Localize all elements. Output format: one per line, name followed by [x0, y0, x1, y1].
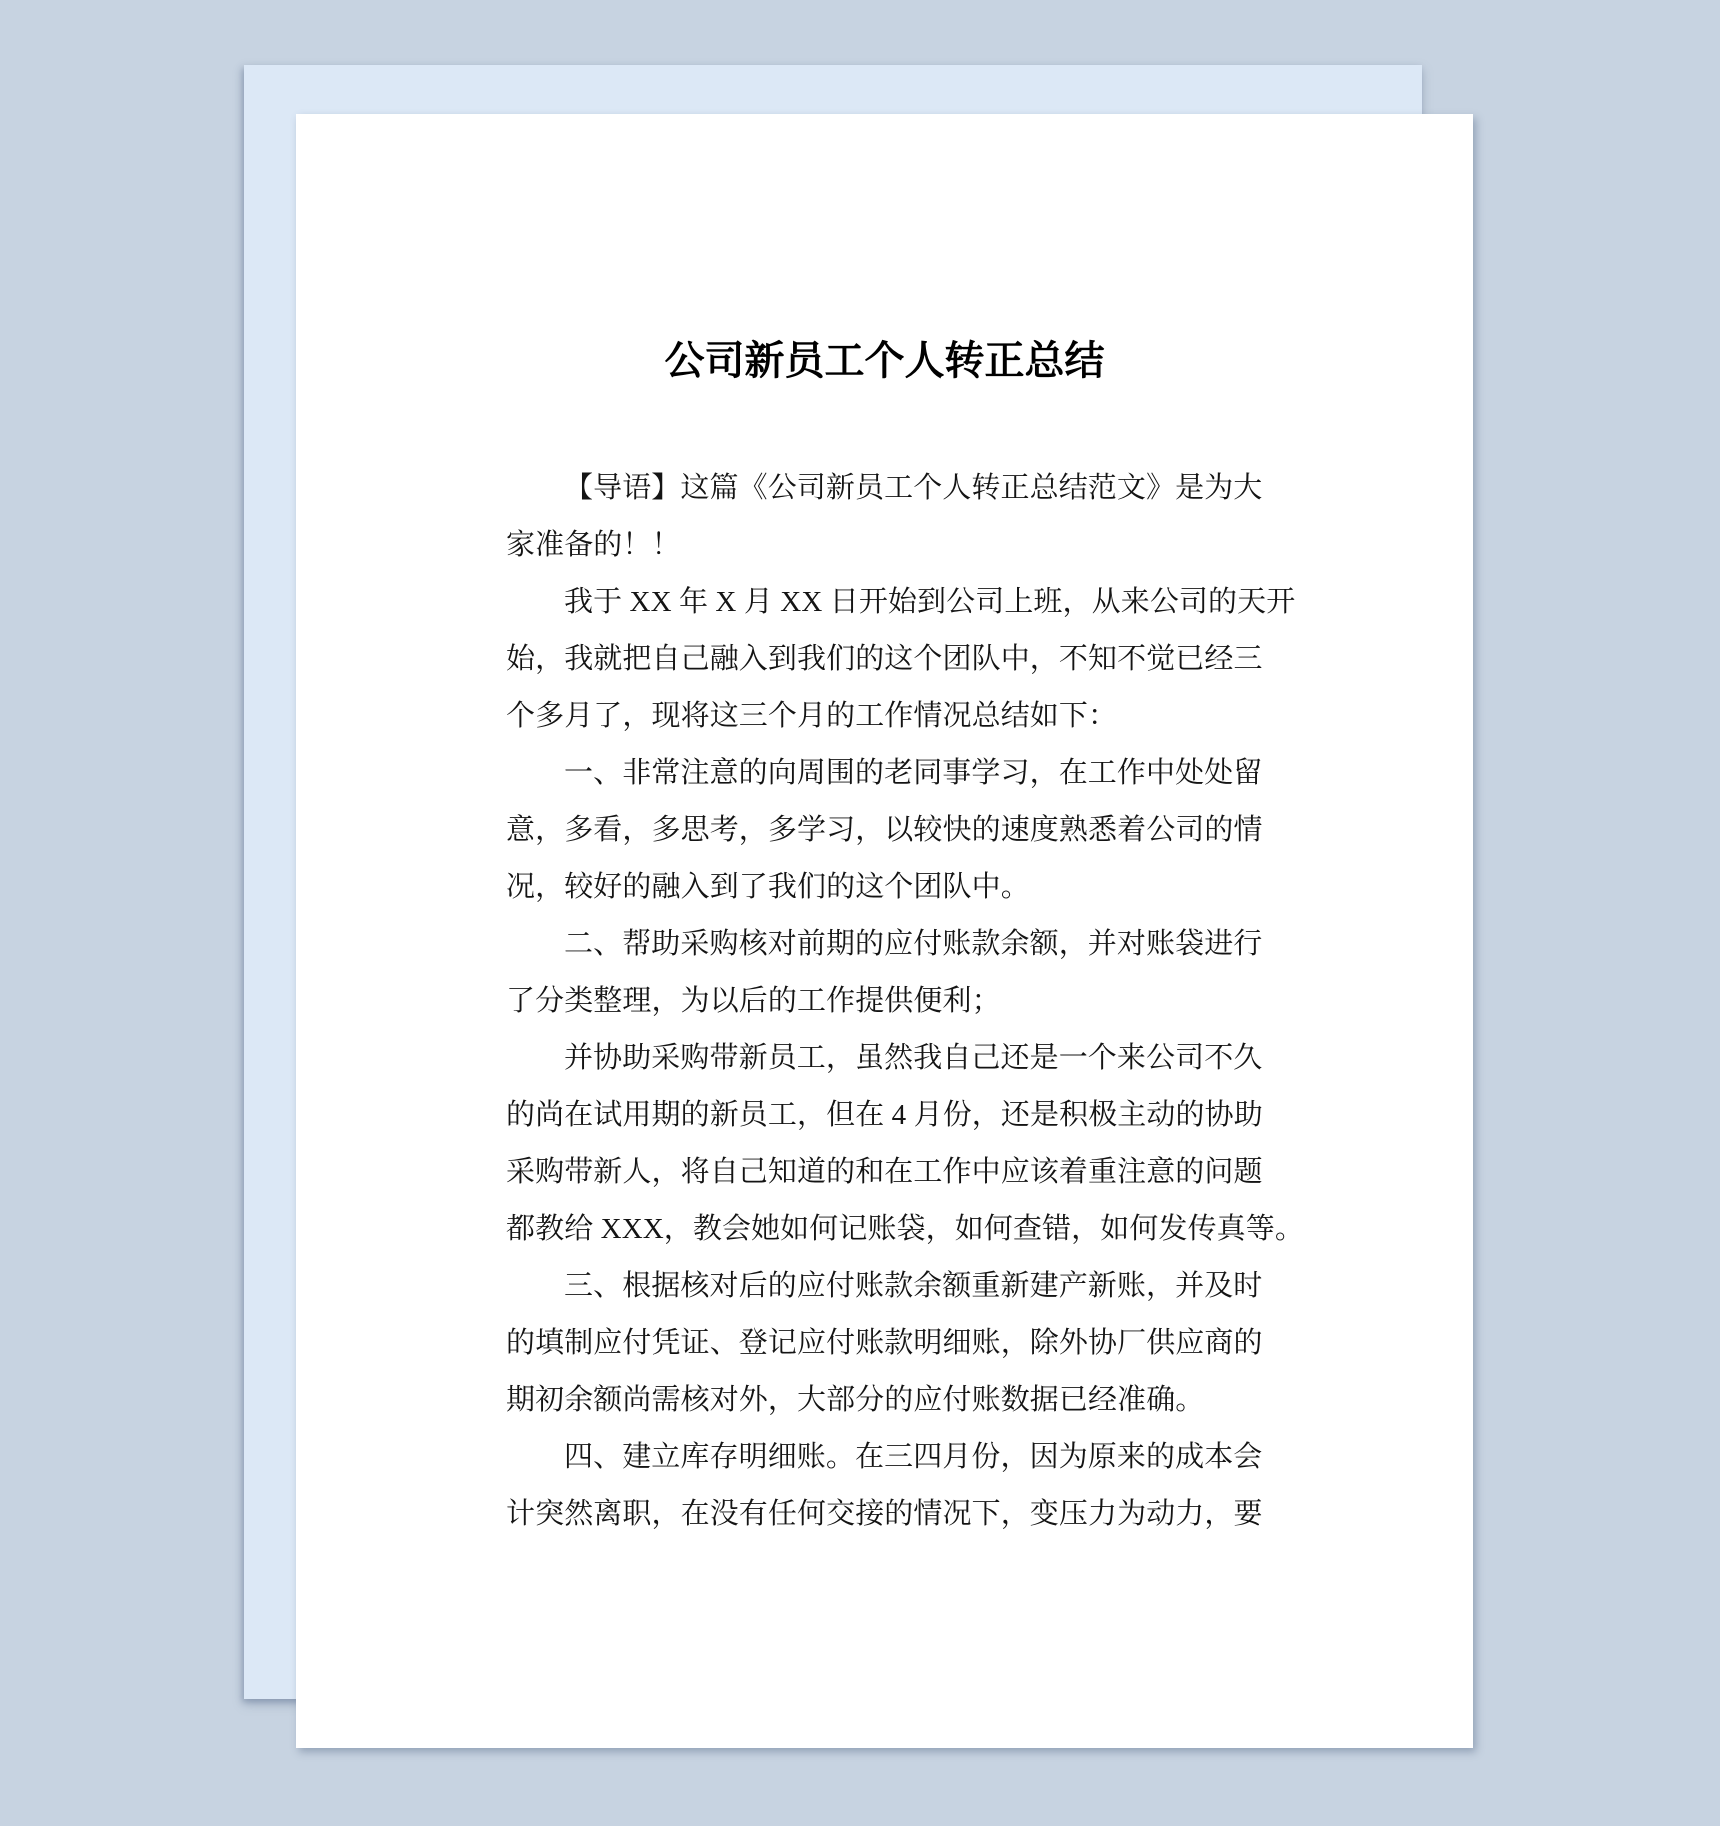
desktop-background: 公司新员工个人转正总结 【导语】这篇《公司新员工个人转正总结范文》是为大家准备的… — [0, 0, 1720, 1826]
text-line: 的尚在试用期的新员工，但在 4 月份，还是积极主动的协助 — [506, 1087, 1263, 1144]
text-line: 并协助采购带新员工，虽然我自己还是一个来公司不久 — [506, 1030, 1263, 1087]
text-line: 三、根据核对后的应付账款余额重新建产新账，并及时 — [506, 1258, 1263, 1315]
paragraph: 并协助采购带新员工，虽然我自己还是一个来公司不久的尚在试用期的新员工，但在 4 … — [506, 1030, 1263, 1258]
document-title: 公司新员工个人转正总结 — [506, 337, 1263, 385]
text-line: 计突然离职，在没有任何交接的情况下，变压力为动力，要 — [506, 1486, 1263, 1543]
text-line: 况，较好的融入到了我们的这个团队中。 — [506, 859, 1263, 916]
paragraph: 四、建立库存明细账。在三四月份，因为原来的成本会计突然离职，在没有任何交接的情况… — [506, 1429, 1263, 1543]
document-page: 公司新员工个人转正总结 【导语】这篇《公司新员工个人转正总结范文》是为大家准备的… — [296, 114, 1473, 1748]
text-line: 采购带新人，将自己知道的和在工作中应该着重注意的问题 — [506, 1144, 1263, 1201]
text-line: 期初余额尚需核对外，大部分的应付账数据已经准确。 — [506, 1372, 1263, 1429]
text-line: 二、帮助采购核对前期的应付账款余额，并对账袋进行 — [506, 916, 1263, 973]
text-line: 我于 XX 年 X 月 XX 日开始到公司上班，从来公司的天开 — [506, 574, 1263, 631]
paragraph: 二、帮助采购核对前期的应付账款余额，并对账袋进行了分类整理，为以后的工作提供便利… — [506, 916, 1263, 1030]
text-line: 个多月了，现将这三个月的工作情况总结如下： — [506, 688, 1263, 745]
text-line: 一、非常注意的向周围的老同事学习，在工作中处处留 — [506, 745, 1263, 802]
paragraph: 我于 XX 年 X 月 XX 日开始到公司上班，从来公司的天开始，我就把自己融入… — [506, 574, 1263, 745]
text-line: 【导语】这篇《公司新员工个人转正总结范文》是为大 — [506, 460, 1263, 517]
paragraph: 【导语】这篇《公司新员工个人转正总结范文》是为大家准备的！！ — [506, 460, 1263, 574]
text-line: 始，我就把自己融入到我们的这个团队中，不知不觉已经三 — [506, 631, 1263, 688]
paragraph: 三、根据核对后的应付账款余额重新建产新账，并及时的填制应付凭证、登记应付账款明细… — [506, 1258, 1263, 1429]
text-line: 了分类整理，为以后的工作提供便利； — [506, 973, 1263, 1030]
text-line: 意，多看，多思考，多学习，以较快的速度熟悉着公司的情 — [506, 802, 1263, 859]
document-body: 【导语】这篇《公司新员工个人转正总结范文》是为大家准备的！！我于 XX 年 X … — [506, 460, 1263, 1543]
text-line: 四、建立库存明细账。在三四月份，因为原来的成本会 — [506, 1429, 1263, 1486]
paragraph: 一、非常注意的向周围的老同事学习，在工作中处处留意，多看，多思考，多学习，以较快… — [506, 745, 1263, 916]
text-line: 都教给 XXX，教会她如何记账袋，如何查错，如何发传真等。 — [506, 1201, 1263, 1258]
text-line: 的填制应付凭证、登记应付账款明细账，除外协厂供应商的 — [506, 1315, 1263, 1372]
text-line: 家准备的！！ — [506, 517, 1263, 574]
